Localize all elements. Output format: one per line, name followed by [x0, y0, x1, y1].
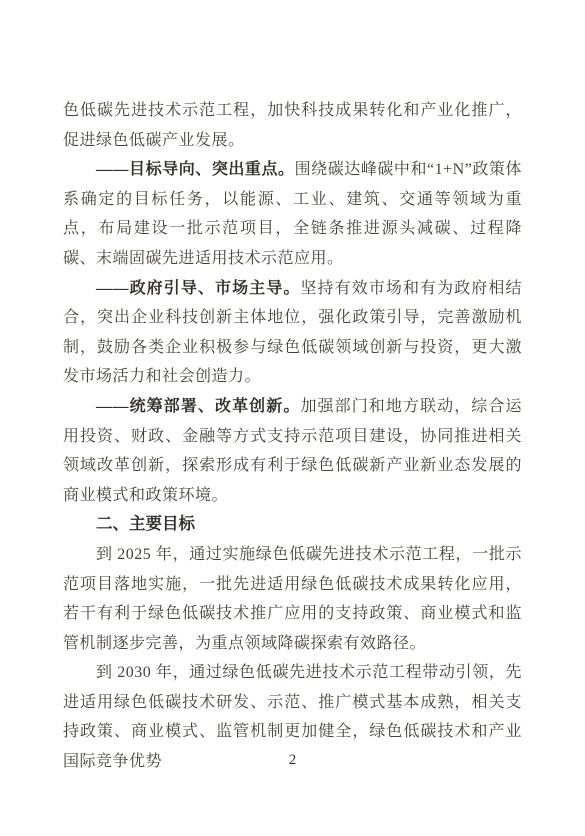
paragraph-lead: ——目标导向、突出重点。	[96, 161, 295, 178]
page-number: 2	[0, 750, 585, 770]
paragraph-principle-goal-orientation: ——目标导向、突出重点。围绕碳达峰碳中和“1+N”政策体系确定的目标任务，以能源…	[63, 155, 522, 273]
paragraph-goal-2025: 到 2025 年，通过实施绿色低碳先进技术示范工程，一批示范项目落地实施，一批先…	[63, 540, 522, 658]
paragraph-continuation: 色低碳先进技术示范工程，加快科技成果转化和产业化推广，促进绿色低碳产业发展。	[63, 96, 522, 155]
paragraph-principle-coordinated-deployment: ——统筹部署、改革创新。加强部门和地方联动，综合运用投资、财政、金融等方式支持示…	[63, 392, 522, 510]
paragraph-lead: ——统筹部署、改革创新。	[96, 398, 300, 415]
document-body: 色低碳先进技术示范工程，加快科技成果转化和产业化推广，促进绿色低碳产业发展。 —…	[63, 96, 522, 777]
document-page: 色低碳先进技术示范工程，加快科技成果转化和产业化推广，促进绿色低碳产业发展。 —…	[0, 0, 585, 836]
paragraph-principle-government-guidance: ——政府引导、市场主导。坚持有效市场和有为政府相结合，突出企业科技创新主体地位，…	[63, 274, 522, 392]
paragraph-lead: ——政府引导、市场主导。	[96, 280, 300, 297]
section-heading-main-goals: 二、主要目标	[63, 510, 522, 540]
